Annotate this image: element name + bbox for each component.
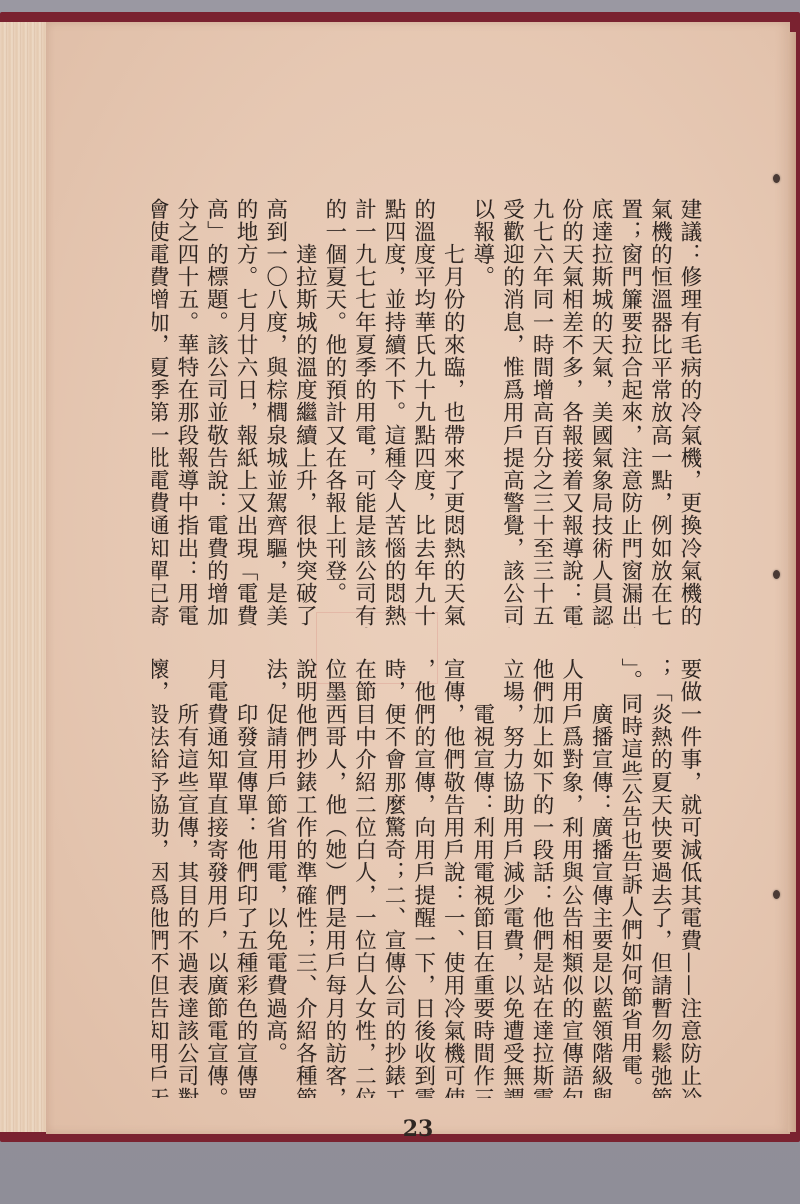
text-column: 要做一件事，就可減低其電費——注意防止冷氣外洩」	[674, 658, 704, 1098]
text-column: 高到一〇八度，與棕櫚泉城並駕齊驅，是美國最高溫度	[260, 198, 290, 628]
text-column: 宣傳，他們敬告用戶說：一、使用冷氣機可使電費增高	[438, 658, 468, 1098]
text-column: 廣播宣傳：廣播宣傳主要是以藍領階級與（或）黑	[586, 658, 616, 1098]
text-column: 九七六年同一時間增高百分之三十至三十五。這雖是不	[526, 198, 556, 628]
text-column: 人用戶爲對象，利用與公告相類似的宣傳語句，但最後	[556, 658, 586, 1098]
text-column: 底達拉斯城的天氣，美國氣象局技術人員認爲與七八月	[586, 198, 616, 628]
text-column: 懷，設法給予協助，因爲他們不但告知用戶天氣的炎熱	[152, 658, 171, 1098]
text-column: 說明他們抄錶工作的準確性；三、介紹各種節約用電方	[290, 658, 320, 1098]
text-column: 在節目中介紹二位白人，一位白人女性，二位黑人，一	[349, 658, 379, 1098]
text-column: 印發宣傳單：他們印了五種彩色的宣傳單，連同每	[231, 658, 261, 1098]
text-column: 時，便不會那麼驚奇；二、宣傳公司的抄錶工作，他們	[378, 658, 408, 1098]
text-block-bottom: 要做一件事，就可減低其電費——注意防止冷氣外洩」 ；「炎熱的夏天快要過去了，但請…	[152, 658, 704, 1098]
page-gutter-edge	[788, 32, 796, 1132]
binding-hole-icon	[773, 890, 780, 899]
text-column: 建議：修理有毛病的冷氣機，更換冷氣機的過濾器，冷	[674, 198, 704, 628]
text-column: 高」的標題。該公司並敬告說：電費的增加可能高到百	[201, 198, 231, 628]
text-column: 」。同時這些公告也告訴人們如何節省用電。	[615, 658, 645, 1098]
text-column: 受歡迎的消息，惟爲用戶提高警覺，該公司仍請各報予	[497, 198, 527, 628]
text-column: 的溫度平均華氏九十九點四度，比去年九十一度高了八	[408, 198, 438, 628]
text-column: 會使電費增加，夏季第一批電費通知單已寄出了，他們	[152, 198, 171, 628]
text-column: ；「炎熱的夏天快要過去了，但請暫勿鬆弛節電的習慣	[645, 658, 675, 1098]
text-column: 電視宣傳：利用電視節目在重要時間作三十二秒的	[467, 658, 497, 1098]
scan-background: 建議：修理有毛病的冷氣機，更換冷氣機的過濾器，冷 氣機的恒溫器比平常放高一點，例…	[0, 0, 800, 1204]
text-column: 的一個夏天。他的預計又在各報上刊登。	[319, 198, 349, 628]
text-column: 月電費通知單直接寄發用戶，以廣節電宣傳。	[201, 658, 231, 1098]
text-column: 立場，努力協助用戶減少電費，以免遭受無謂損失。	[497, 658, 527, 1098]
text-column: 計一九七七年夏季的用電，可能是該公司有史以來最高	[349, 198, 379, 628]
binding-hole-icon	[773, 570, 780, 579]
text-column: 達拉斯城的溫度繼續上升，很快突破了一百大關，	[290, 198, 320, 628]
text-block-top: 建議：修理有毛病的冷氣機，更換冷氣機的過濾器，冷 氣機的恒溫器比平常放高一點，例…	[152, 198, 704, 628]
text-column: 點四度，並持續不下。這種令人苦惱的悶熱，使華特預	[378, 198, 408, 628]
text-column: 所有這些宣傳，其目的不過表達該公司對用戶的關	[171, 658, 201, 1098]
text-column: 置；窗門簾要拉合起來，注意防止門窗漏出冷氣。六月	[615, 198, 645, 628]
text-column: 分之四十五。華特在那段報導中指出：用電過多，當然	[171, 198, 201, 628]
text-column: 氣機的恒溫器比平常放高一點，例如放在七十八度的位	[645, 198, 675, 628]
page-number: 23	[46, 1116, 790, 1142]
text-column: 份的天氣相差不多，各報接着又報導說：電費可能比一	[556, 198, 586, 628]
book-page: 建議：修理有毛病的冷氣機，更換冷氣機的過濾器，冷 氣機的恒溫器比平常放高一點，例…	[46, 22, 790, 1134]
text-column: 位墨西哥人，他（她）們是用戶每月的訪客，同時加予	[319, 658, 349, 1098]
text-column: ，他們的宣傳，向用戶提醒一下，日後收到電費通知單	[408, 658, 438, 1098]
binding-hole-icon	[773, 174, 780, 183]
text-column: 他們加上如下的一段話：他們是站在達拉斯電力公司的	[526, 658, 556, 1098]
page-stack-edge	[0, 22, 49, 1132]
text-column: 的地方。七月廿六日，報紙上又出現「電費隨溫度而增	[231, 198, 261, 628]
text-column: 法，促請用戶節省用電，以免電費過高。	[260, 658, 290, 1098]
text-column: 七月份的來臨，也帶來了更悶熱的天氣。第一星期	[438, 198, 468, 628]
text-column: 以報導。	[467, 198, 497, 628]
